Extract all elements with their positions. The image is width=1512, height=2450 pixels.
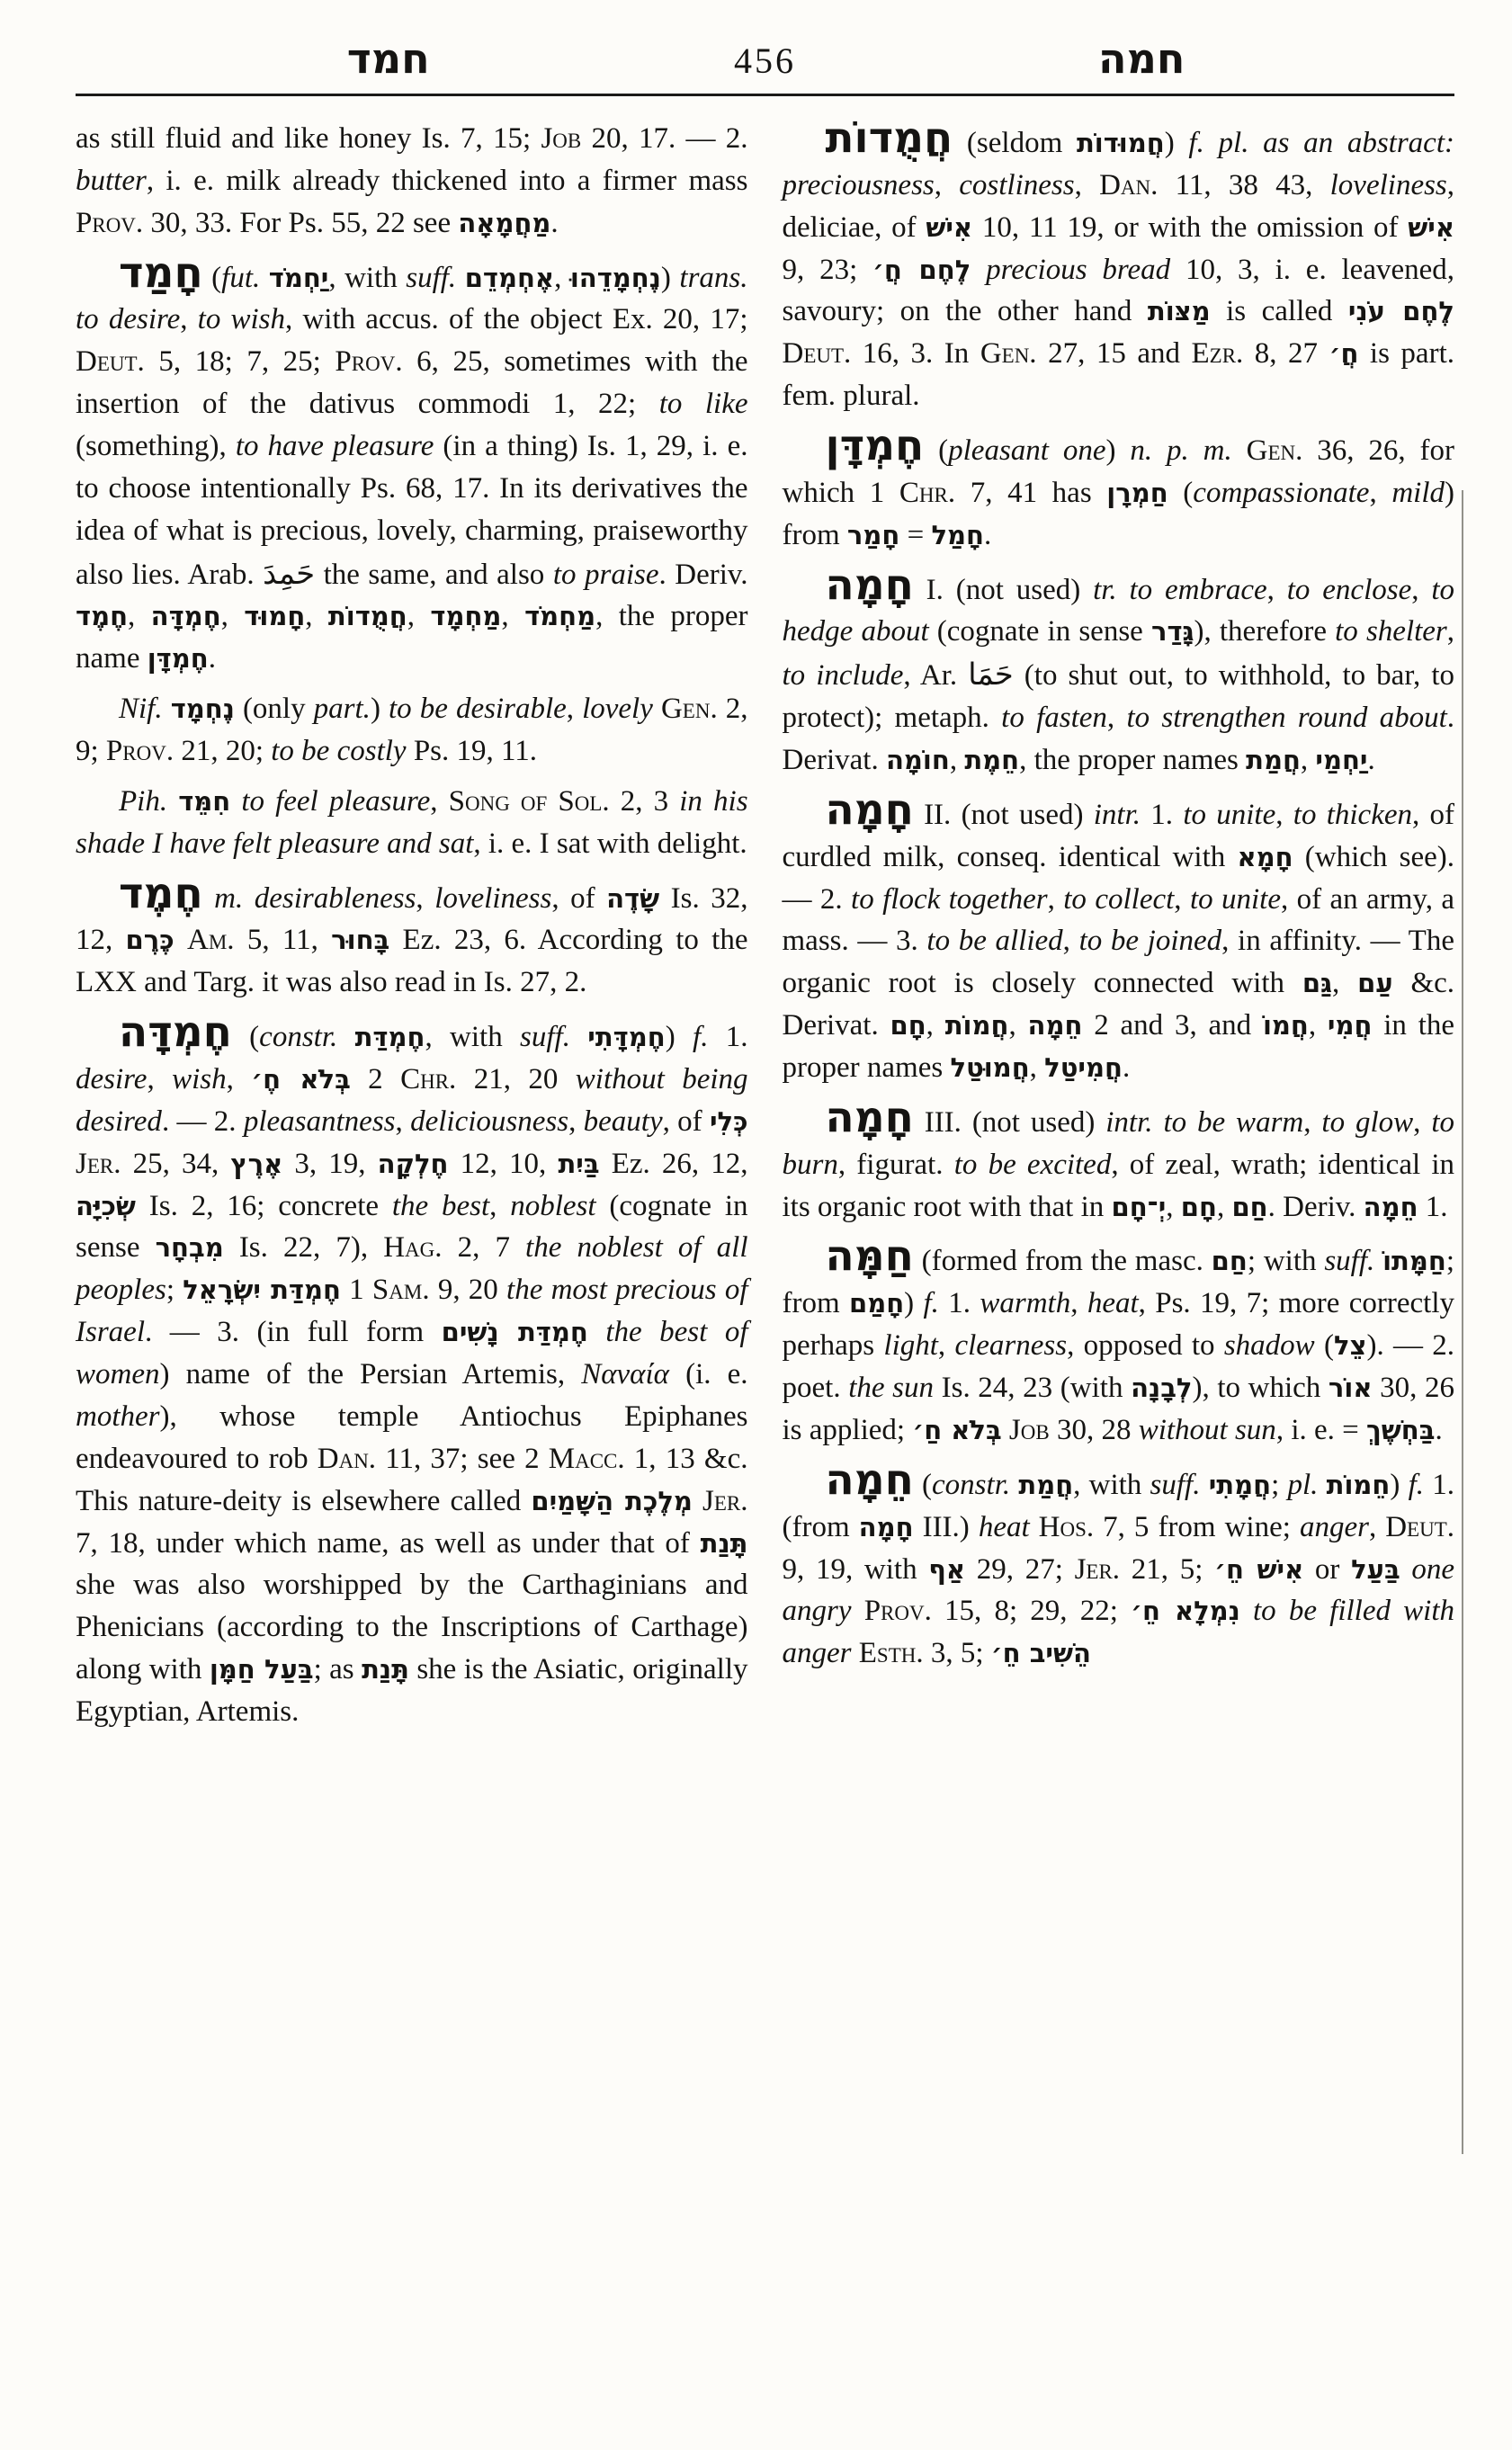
text-run: to thicken [1293,799,1412,831]
hebrew-text-run: חֵמָה [1364,1192,1418,1222]
text-run: to unite [1183,799,1275,831]
hebrew-text-run: עַם [1357,968,1393,998]
text-run: ‎ = ‎ [899,519,931,551]
text-run: 7, 41 has [955,477,1106,509]
text-columns: as still fluid and like honey Is. 7, 15;… [76,118,1454,1733]
hebrew-text-run: חָם [1181,1192,1217,1222]
hebrew-text-run: יַחְמֹד [269,263,329,293]
text-run [163,693,171,725]
text-run: lovely [582,693,653,725]
text-run: 20, 17. — 2. [581,122,747,155]
text-run: Job [1009,1414,1050,1446]
text-run: 1. [939,1287,980,1319]
entry-chamah-1: חָמָה I. (not used) tr. to embrace, to e… [783,565,1455,782]
hebrew-text-run: יַחְמַי [1315,745,1367,775]
hebrew-text-run: חַם [1212,1246,1248,1276]
text-run: Gen. [980,337,1037,370]
text-run [456,262,465,294]
hebrew-text-run: בַּחְשֶׁךְ [1366,1415,1435,1445]
text-run: 11, 37; see 2 [376,1443,549,1475]
text-run: ; [1271,1469,1287,1501]
text-run: . [1367,744,1374,776]
text-run: . [1123,1051,1130,1084]
hebrew-text-run: מַחְמֹד [524,601,595,631]
text-run: ‎ 2 [351,1063,400,1095]
text-run: to shelter [1335,615,1447,648]
text-run [230,785,241,818]
pih-paragraph: Pih. חִמֵּד to feel pleasure, Song of So… [76,781,748,865]
hebrew-text-run: חֲמֻדוֹת [328,601,407,631]
text-run: constr. [259,1021,337,1053]
text-run: , i. e. milk already thickened into a fi… [147,165,748,197]
text-run [971,254,986,286]
text-run: , Ar. [903,659,968,692]
text-run: heat [1087,1287,1139,1319]
text-run: to strengthen round about [1126,702,1446,734]
text-run: ,‎ [128,600,151,632]
text-run: , with accus. of the object Ex. 20, 17; [285,303,747,335]
text-run: , [1275,799,1293,831]
hebrew-headword: חָמָה [826,1094,914,1142]
hebrew-text-run: חֶמְדַּת יִשְׂרָאֵל [183,1274,341,1305]
text-run: ,‎ [554,262,570,294]
text-run: , [489,1190,510,1222]
text-run: , [568,1105,584,1138]
hebrew-text-run: חוֹמָה [886,745,950,775]
text-run: is called [1211,295,1348,327]
hebrew-headword: חֶמְדָּן [826,422,925,470]
text-run: Ez. 26, 12, [600,1148,748,1180]
hebrew-text-run: חַמְרָן [1106,478,1168,508]
text-run: , [567,693,582,725]
hebrew-text-run: חֶמֶד [76,601,128,631]
hebrew-text-run: הֵשִׁיב חֵ׳ [991,1638,1091,1668]
text-run: ,‎ [1030,1051,1045,1084]
text-run: warmth [980,1287,1070,1319]
text-run [653,693,661,725]
text-run: Prov. [335,345,402,378]
text-run [1240,1595,1253,1627]
text-run: as still fluid and like honey Is. 7, 15; [76,122,541,155]
hebrew-text-run: חֲמוּטַל [950,1052,1029,1083]
text-run: 11, 38 43, [1158,169,1329,201]
hebrew-text-run: חֲ׳ [1329,338,1359,369]
text-run: III.) [914,1511,979,1543]
hebrew-text-run: חַמָּתוֹ [1382,1246,1446,1276]
text-run: ,‎ [1008,1009,1027,1042]
text-run: beauty [584,1105,663,1138]
text-run: , [416,882,434,915]
hebrew-text-run: חֲמָתִי [1209,1470,1271,1500]
text-run: 1. [708,1021,747,1053]
hebrew-headword: חֲמֻדוֹת [826,114,953,163]
text-run: without sun [1139,1414,1276,1446]
text-run: ,‎ [926,1009,945,1042]
hebrew-text-run: מַצּוֹת [1148,296,1211,326]
continuation-paragraph: as still fluid and like honey Is. 7, 15;… [76,118,748,245]
text-run: . Deriv. [659,559,748,591]
text-run: ,‎ [221,600,245,632]
text-run: III. (not used) [914,1106,1105,1139]
text-run: (formed from the masc. [914,1245,1212,1277]
text-run: , [147,1063,172,1095]
text-run: ( [914,1469,932,1501]
text-run: , [1303,1106,1321,1139]
text-run: to be desirable [389,693,567,725]
text-run: 8, 27 [1243,337,1329,370]
arabic-text-run: حَمِدَ [263,556,315,591]
text-run: ,‎ the proper names [1019,744,1246,776]
hebrew-text-run: חַם [1231,1192,1267,1222]
text-run: 2, 3 [610,785,680,818]
hebrew-text-run: חֲמוּדוֹת [1077,128,1165,158]
text-run: Deut. [76,345,145,378]
text-run: , [1075,169,1100,201]
text-run [203,882,215,915]
page-number: 456 [698,43,833,79]
text-run: the same, and also [315,559,553,591]
text-run: 27, 15 and [1037,337,1192,370]
text-run: ( [1315,1329,1334,1362]
text-run: , [938,1329,955,1362]
hebrew-text-run: שְׂכִיָּה [76,1191,136,1221]
text-run: 16, 3. In [851,337,980,370]
hebrew-text-run: חֵמָה [1028,1010,1083,1041]
text-run: 25, 34, [121,1148,230,1180]
text-run: ‎) [1165,127,1189,159]
text-run: pleasant one [948,434,1105,467]
hebrew-headword: חָמָה [826,561,914,610]
text-run: , opposed to [1067,1329,1224,1362]
scan-edge-artifact [1462,490,1463,2154]
nif-paragraph: Nif. נֶחְמָד (only part.) to be desirabl… [76,688,748,773]
text-run: , [935,169,960,201]
text-run: mother [76,1400,160,1433]
hebrew-text-run: גָּדַר [1151,616,1194,647]
text-run: to be allied [926,925,1062,957]
text-run [1400,1553,1412,1586]
text-run: ‎) [904,1287,923,1319]
text-run: . [984,519,991,551]
text-run: part. [314,693,371,725]
hebrew-text-run: חֶמְדַּת נָשִׁים [442,1317,588,1347]
text-run: ‎ 2 and 3, and [1082,1009,1263,1042]
hebrew-text-run: בַּיִת [558,1149,599,1179]
text-run: suff. [520,1021,570,1053]
text-run [588,1316,606,1348]
text-run: ‎) [661,262,680,294]
text-run: Chr. [899,477,955,509]
text-run [1010,1469,1018,1501]
text-run: ; as [314,1653,362,1685]
text-run: heat [979,1511,1030,1543]
text-run: to have pleasure [236,430,434,462]
text-run: tr. to embrace [1093,574,1267,606]
text-run [1232,434,1247,467]
text-run: Is. 22, 7), [224,1231,383,1264]
entry-chamad: חָמַד (fut. יַחְמֹד,‎ with suff. אֶחְמְד… [76,253,748,681]
text-run: ‎) [1390,1469,1408,1501]
text-run: ,‎ [1217,1191,1232,1223]
hebrew-text-run: חֶמְדָּה [151,601,221,631]
entry-chamah-2: חָמָה II. (not used) intr. 1. to unite, … [783,790,1455,1089]
text-run: 5, 18; 7, 25; [145,345,336,378]
entry-chemah: חֵמָה (constr. חֲמַת,‎ with suff. חֲמָתִ… [783,1460,1455,1675]
text-run: precious bread [986,254,1170,286]
text-run: 15, 8; 29, 22; [932,1595,1131,1627]
hebrew-text-run: מְלֶכֶת הַשָּׁמַיִם [531,1486,693,1516]
hebrew-text-run: כֶּרֶם [126,925,174,955]
text-run: , [227,1063,252,1095]
hebrew-text-run: בְּלֹא חֶ׳ [251,1064,351,1095]
text-run: , of [551,882,606,915]
text-run: ,‎ [1309,1009,1328,1042]
text-run: , [1369,477,1391,509]
hebrew-text-run: אֶרֶץ [230,1149,282,1179]
right-catchword: חמה [833,38,1452,79]
lexicon-page: חמד 456 חמה as still fluid and like hone… [0,0,1512,2450]
hebrew-text-run: בַּעַל [1351,1554,1400,1585]
text-run: ‎) [666,1021,693,1053]
hebrew-text-run: נֶחְמָדֵהוּ [570,263,661,293]
text-run: , [396,1105,411,1138]
text-run: Macc. [549,1443,625,1475]
text-run: ,‎ [407,600,431,632]
hebrew-headword: חָמָה [826,786,914,835]
text-run: Dan. [1099,169,1158,201]
text-run: Sam. [372,1274,430,1306]
text-run: clearness [954,1329,1067,1362]
hebrew-text-run: כְּלִי [710,1106,748,1137]
text-run [693,1485,702,1517]
text-run: Gen. [661,693,718,725]
hebrew-text-run: חֲמַת [1018,1470,1073,1500]
text-run: , [1070,1287,1087,1319]
hebrew-text-run: חָמוּד [244,601,305,631]
text-run: ,‎ with [1073,1469,1150,1501]
text-run [1374,1245,1382,1277]
text-run: , [1447,615,1454,648]
hebrew-headword: חַמָּה [826,1232,914,1281]
text-run: ( [1168,477,1194,509]
text-run: Jer. [76,1148,121,1180]
text-run: II. (not used) [914,799,1094,831]
text-run: ( [232,1021,259,1053]
text-run: ‎ 3, 19, [282,1148,377,1180]
hebrew-text-run: מַחֲמָאָה [458,208,550,238]
arabic-text-run: حَمَا [968,657,1014,692]
text-run: ( [924,434,948,467]
text-run: to praise [553,559,659,591]
text-run: Pih. [119,785,167,818]
hebrew-text-run: אִישׁ חֵ׳ [1214,1554,1303,1585]
text-run: Deut. [783,337,852,370]
text-run: the best [392,1190,489,1222]
text-run: Prov. [106,735,174,767]
text-run: f. [1409,1469,1424,1501]
text-run: , [1413,1106,1431,1139]
text-run: , [1048,883,1064,916]
hebrew-headword: חֶמֶד [119,870,203,918]
text-run: to be joined [1079,925,1222,957]
text-run: Song of Sol. [449,785,610,818]
text-run: , [1267,574,1287,606]
hebrew-text-run: לְבָנָה [1131,1373,1192,1403]
hebrew-text-run: חָמַם [849,1288,904,1319]
hebrew-text-run: חֲמוֹ [1263,1010,1309,1041]
hebrew-text-run: לֶחֶם עֹנִי [1348,296,1454,326]
text-run [174,924,187,956]
text-run: ,‎ [1166,1191,1181,1223]
text-run: pl. [1287,1469,1318,1501]
text-run [1030,1511,1039,1543]
text-run: suff. [1150,1469,1201,1501]
text-run: Ps. 19, 11. [407,735,537,767]
hebrew-text-run: אֶחְמְדֵם [465,263,554,293]
hebrew-text-run: חָמַר [847,520,899,550]
hebrew-headword: חֵמָה [826,1456,914,1505]
text-run: 2, 7 [443,1231,526,1264]
hebrew-text-run: אוֹר [1329,1373,1373,1403]
text-run: 9, 19, with [783,1553,929,1586]
text-run [570,1021,587,1053]
text-run: , [430,785,448,818]
hebrew-text-run: יְ־חָם [1112,1192,1167,1222]
hebrew-text-run: תָּנַת [362,1654,409,1685]
text-run: (only [235,693,314,725]
hebrew-text-run: חֲמִי [1328,1010,1373,1041]
text-run: , [1107,702,1127,734]
text-run: , [1369,1511,1385,1543]
text-run: costliness [959,169,1074,201]
text-run: to unite [1190,883,1281,916]
text-run: loveliness [434,882,551,915]
text-run: ‎ 12, 10, [449,1148,559,1180]
text-run: , i. e. = [1276,1414,1366,1446]
text-run: Hag. [383,1231,442,1264]
text-run: deliciousness [410,1105,568,1138]
hebrew-text-run: נִמְלָא חֵ׳ [1131,1596,1240,1626]
text-run [337,1021,354,1053]
hebrew-headword: חֶמְדָּה [119,1008,232,1057]
text-run: ,‎ [1332,967,1357,999]
text-run: 3, 5; [924,1637,991,1669]
text-run: ,‎ with [425,1021,520,1053]
text-run: ; [166,1274,183,1306]
text-run: ,‎ [501,600,524,632]
text-run [1200,1469,1208,1501]
text-run: suff. [1324,1245,1374,1277]
text-run [852,1637,859,1669]
entry-chammah: חַמָּה (formed from the masc. חַם; with … [783,1236,1455,1451]
text-run: . [550,207,558,239]
left-column: as still fluid and like honey Is. 7, 15;… [76,118,748,1733]
hebrew-text-run: נֶחְמָד [171,693,235,724]
text-run: desire [76,1063,147,1095]
hebrew-text-run: לֶחֶם חֲ׳ [872,255,971,285]
text-run: Nif. [119,693,163,725]
text-run: , figurat. [838,1149,954,1181]
text-run: (i. e. [669,1358,748,1390]
text-run: 30, 28 [1050,1414,1139,1446]
text-run: Deut. [1385,1511,1454,1543]
text-run: ) name of the Persian Artemis, [160,1358,582,1390]
text-run: constr. [932,1469,1010,1501]
text-run: intr. [1094,799,1141,831]
text-run: intr. to be warm [1105,1106,1303,1139]
hebrew-text-run: צֵל [1334,1330,1367,1361]
text-run: ,‎ [950,744,965,776]
text-run: Job [541,122,581,155]
text-run: compassionate [1193,477,1369,509]
text-run: 9, 20 [430,1274,506,1306]
text-run: 30, 33. For Ps. 55, 22 see [143,207,458,239]
text-run: ) [371,693,389,725]
text-run: . Deriv. [1268,1191,1364,1223]
text-run: 7, 18, under which name, as well as unde… [76,1527,701,1560]
text-run: , [1174,883,1190,916]
text-run: Esth. [859,1637,924,1669]
text-run: ( [203,262,222,294]
text-run: . [1435,1414,1442,1446]
text-run: 21, 20 [456,1063,575,1095]
text-run: 5, 11, [235,924,332,956]
text-run: Jer. [1075,1553,1120,1586]
hebrew-text-run: חֲמִיטַל [1044,1052,1123,1083]
text-run: , of [663,1105,710,1138]
text-run: butter [76,165,147,197]
hebrew-text-run: מַחְמָד [430,601,501,631]
entry-chemdan: חֶמְדָּן (pleasant one) n. p. m. Gen. 36… [783,425,1455,557]
text-run: (something), [76,430,236,462]
hebrew-text-run: חָמָא [1237,842,1293,872]
hebrew-text-run: חָמָה [859,1512,914,1542]
text-run: (seldom [953,127,1077,159]
text-run: Gen. [1247,434,1303,467]
text-run: Dan. [318,1443,376,1475]
text-run: ‎ 9, 23; [783,254,873,286]
text-run: ‎ 1. [1418,1191,1448,1223]
text-run: to like [659,388,748,420]
text-run: ‎ 29, 27; [965,1553,1075,1586]
text-run: to be costly [271,735,406,767]
text-run: , [1063,925,1079,957]
entry-chamudoth: חֲמֻדוֹת (seldom חֲמוּדוֹת‎) f. pl. as a… [783,118,1455,417]
page-header: חמד 456 חמה [79,38,1451,79]
text-run: ‎ 1 [341,1274,372,1306]
text-run [260,262,269,294]
text-run: shadow [1224,1329,1315,1362]
text-run: , i. e. I sat with delight. [473,827,747,860]
text-run: 21, 20; [174,735,271,767]
hebrew-text-run: אַף [928,1554,965,1585]
entry-chamah-3: חָמָה III. (not used) intr. to be warm, … [783,1097,1455,1229]
greek-text-run: Ναναία [581,1358,669,1390]
text-run: ,‎ [305,600,328,632]
text-run: Ezr. [1191,337,1243,370]
text-run: ) [1105,434,1130,467]
text-run: . — 3. (in full form [145,1316,442,1348]
text-run: anger [1300,1511,1369,1543]
text-run: to glow [1321,1106,1413,1139]
text-run: 7, 5 from wine; [1094,1511,1300,1543]
hebrew-text-run: חִמֵּד [178,786,230,817]
hebrew-text-run: אִישׁ [926,212,972,243]
hebrew-text-run: אִישׁ [1408,212,1454,243]
hebrew-text-run: בַּעַל חַמָּן [210,1654,314,1685]
header-rule [76,94,1454,96]
hebrew-text-run: חָם [890,1010,926,1041]
